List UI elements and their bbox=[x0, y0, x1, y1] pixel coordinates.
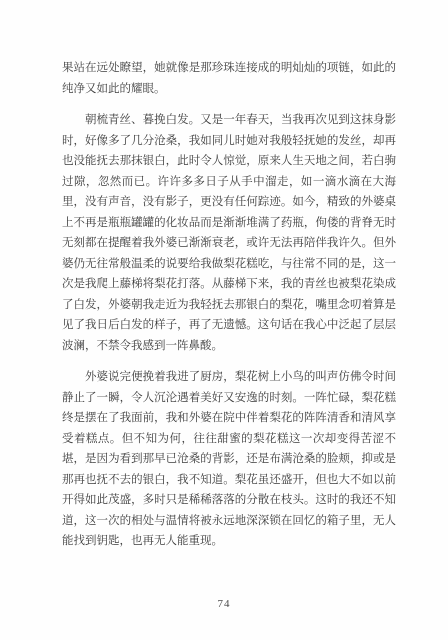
paragraph-continuation: 果站在远处瞭望，她就像是那珍珠连接成的明灿灿的项链，如此的纯净又如此的耀眼。 bbox=[62, 58, 396, 99]
document-page: 果站在远处瞭望，她就像是那珍珠连接成的明灿灿的项链，如此的纯净又如此的耀眼。 朝… bbox=[0, 0, 448, 640]
page-number: 74 bbox=[0, 598, 448, 610]
paragraph: 朝梳青丝、暮挽白发。又是一年春天，当我再次见到这抹身影时，好像多了几分沧桑，我如… bbox=[62, 110, 396, 356]
paragraph: 外婆说完便挽着我进了厨房，梨花树上小鸟的叫声仿佛令时间静止了一瞬，令人沉沦遇着美… bbox=[62, 367, 396, 552]
essay-body: 果站在远处瞭望，她就像是那珍珠连接成的明灿灿的项链，如此的纯净又如此的耀眼。 朝… bbox=[62, 58, 396, 563]
